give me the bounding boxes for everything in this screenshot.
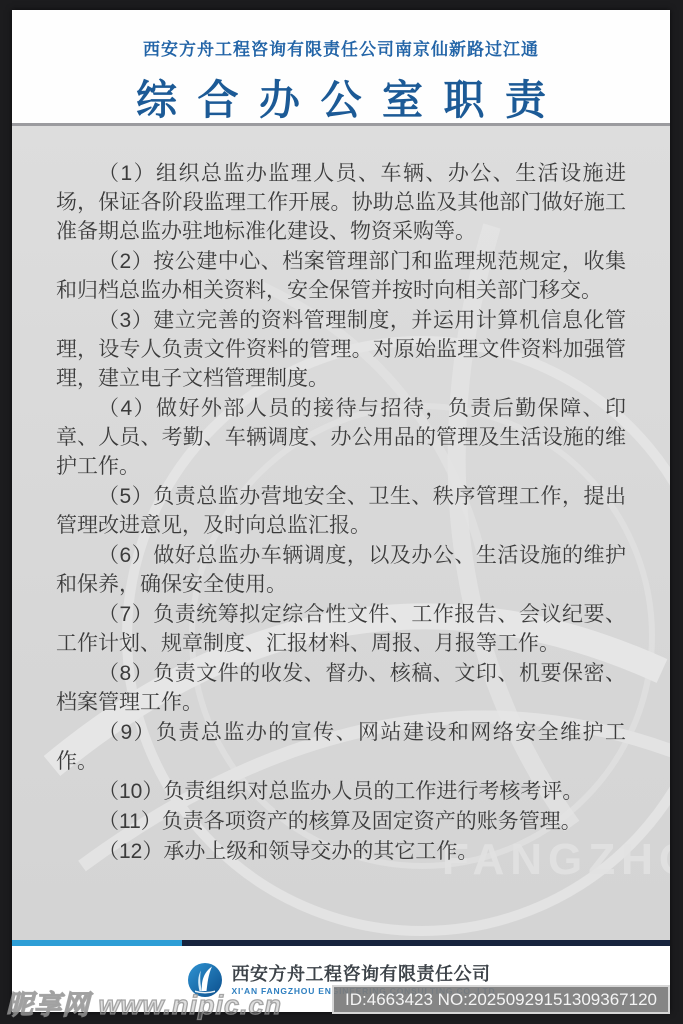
duty-item: （11）负责各项资产的核算及固定资产的账务管理。 (56, 807, 626, 836)
poster-header: 西安方舟工程咨询有限责任公司南京仙新路过江通 综合办公室职责 (12, 10, 670, 123)
footer-company-cn: 西安方舟工程咨询有限责任公司 (232, 964, 496, 984)
duty-item: （2）按公建中心、档案管理部门和监理规范规定，收集和归档总监办相关资料，安全保管… (56, 247, 626, 305)
nipic-site-name: 昵享网 (6, 990, 90, 1020)
nipic-watermark: 昵享网 www.nipic.cn (6, 983, 282, 1022)
duty-list: （1）组织总监办监理人员、车辆、办公、生活设施进场，保证各阶段监理工作开展。协助… (56, 159, 626, 866)
duties-section: FANGZHOU （1）组织总监办监理人员、车辆、办公、生活设施进场，保证各阶段… (12, 126, 670, 940)
poster-title: 综合办公室职责 (12, 67, 670, 126)
stock-id-badge: ID:4663423 NO:20250929151309367120 (332, 985, 670, 1014)
duty-item: （8）负责文件的收发、督办、核稿、文印、机要保密、档案管理工作。 (56, 659, 626, 717)
poster-page: 西安方舟工程咨询有限责任公司南京仙新路过江通 综合办公室职责 FANGZHOU … (12, 10, 670, 1012)
company-line: 西安方舟工程咨询有限责任公司南京仙新路过江通 (12, 10, 670, 60)
nipic-site-url: www.nipic.cn (99, 990, 283, 1020)
duty-item: （10）负责组织对总监办人员的工作进行考核考评。 (56, 777, 626, 806)
duty-item: （7）负责统筹拟定综合性文件、工作报告、会议纪要、工作计划、规章制度、汇报材料、… (56, 600, 626, 658)
duty-item: （5）负责总监办营地安全、卫生、秩序管理工作，提出管理改进意见，及时向总监汇报。 (56, 482, 626, 540)
duty-item: （6）做好总监办车辆调度，以及办公、生活设施的维护和保养，确保安全使用。 (56, 541, 626, 599)
duty-item: （3）建立完善的资料管理制度，并运用计算机信息化管理，设专人负责文件资料的管理。… (56, 306, 626, 393)
duty-item: （9）负责总监办的宣传、网站建设和网络安全维护工作。 (56, 718, 626, 776)
duty-item: （4）做好外部人员的接待与招待，负责后勤保障、印章、人员、考勤、车辆调度、办公用… (56, 394, 626, 481)
duty-item: （12）承办上级和领导交办的其它工作。 (56, 837, 626, 866)
duty-item: （1）组织总监办监理人员、车辆、办公、生活设施进场，保证各阶段监理工作开展。协助… (56, 159, 626, 246)
stock-photo-canvas: { "header": { "company_line": "西安方舟工程咨询有… (0, 0, 683, 1024)
